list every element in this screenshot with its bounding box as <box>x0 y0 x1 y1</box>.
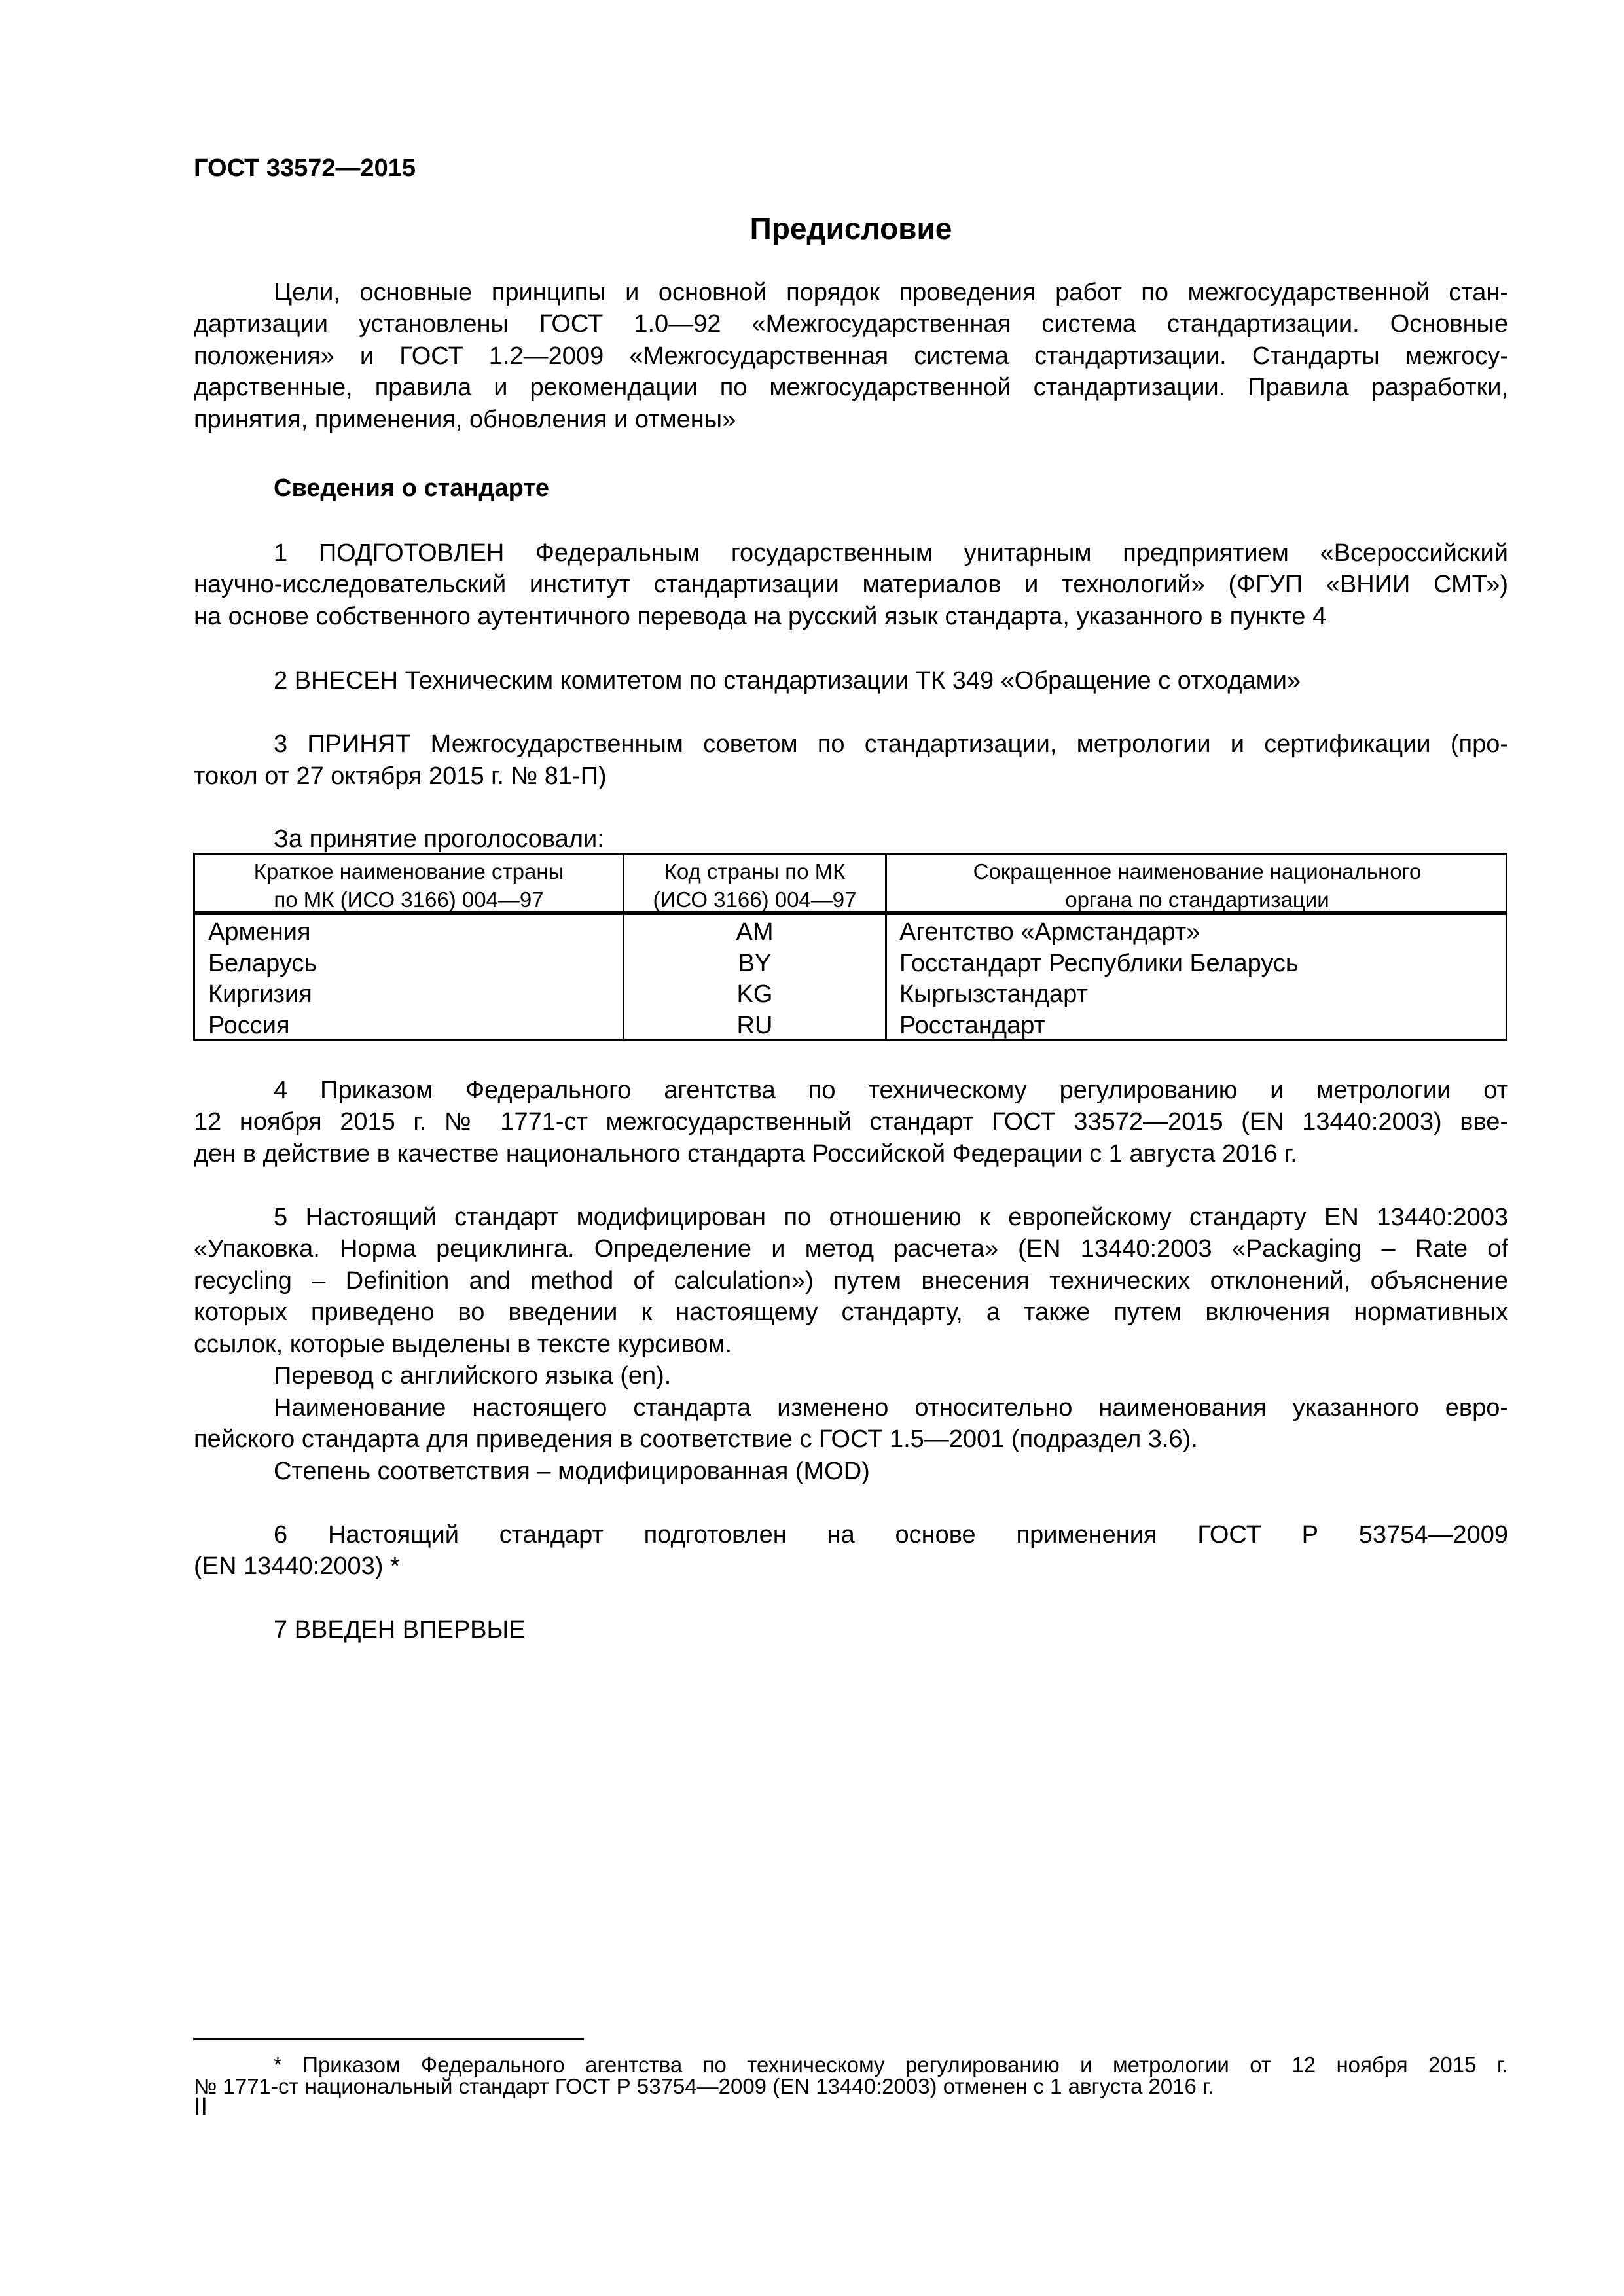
text-line: дарственные, правила и рекомендации по м… <box>194 372 1508 404</box>
table-header-body: Сокращенное наименование национальногоор… <box>887 857 1507 914</box>
text-line: 4 Приказом Федерального агентства по тех… <box>274 1075 1508 1107</box>
footnote-line: № 1771-ст национальный стандарт ГОСТ Р 5… <box>194 2072 1508 2100</box>
item-2: 2 ВНЕСЕН Техническим комитетом по станда… <box>274 665 1588 697</box>
text-line: которых приведено во введении к настояще… <box>194 1297 1508 1329</box>
text-line: Цели, основные принципы и основной поряд… <box>274 277 1508 309</box>
translation-note: Перевод с английского языка (en). <box>274 1360 1588 1392</box>
text-line: пейского стандарта для приведения в соот… <box>194 1424 1508 1456</box>
text-line: 6 Настоящий стандарт подготовлен на осно… <box>274 1519 1508 1551</box>
table-header-code: Код страны по МК(ИСО 3166) 004—97 <box>624 857 885 914</box>
text-line: 3 ПРИНЯТ Межгосударственным советом по с… <box>274 728 1508 761</box>
table-cell: Киргизия <box>208 979 317 1011</box>
footnote-rule <box>193 2038 584 2040</box>
table-cell: Росстандарт <box>899 1011 1299 1042</box>
text-line: принятия, применения, обновления и отмен… <box>194 404 1508 436</box>
table-cell: KG <box>624 979 885 1011</box>
item-7: 7 ВВЕДЕН ВПЕРВЫЕ <box>274 1614 1588 1646</box>
document-code: ГОСТ 33572—2015 <box>194 154 416 183</box>
table-cell: Россия <box>208 1011 317 1042</box>
text-line: recycling – Definition and method of cal… <box>194 1265 1508 1297</box>
table-column-body: Агентство «Армстандарт» Госстандарт Респ… <box>899 917 1299 1041</box>
text-line: токол от 27 октября 2015 г. № 81-П) <box>194 761 1508 793</box>
text-line: (EN 13440:2003) * <box>194 1551 1508 1583</box>
text-line: ссылок, которые выделены в тексте курсив… <box>194 1329 1508 1361</box>
vote-label: За принятие проголосовали: <box>274 823 1588 855</box>
table-header-country: Краткое наименование страныпо МК (ИСО 31… <box>195 857 623 914</box>
table-cell: RU <box>624 1011 885 1042</box>
table-cell: Кыргызстандарт <box>899 979 1299 1011</box>
table-cell: Беларусь <box>208 948 317 980</box>
voting-table: Краткое наименование страныпо МК (ИСО 31… <box>193 853 1507 1041</box>
page-title: Предисловие <box>0 211 1624 246</box>
text-line: 1 ПОДГОТОВЛЕН Федеральным государственны… <box>274 537 1508 569</box>
text-line: 5 Настоящий стандарт модифицирован по от… <box>274 1202 1508 1234</box>
table-column-code: AM BY KG RU <box>624 917 885 1041</box>
section-heading: Сведения о стандарте <box>274 473 1588 505</box>
text-line: Наименование настоящего стандарта измене… <box>274 1392 1508 1424</box>
table-column-country: Армения Беларусь Киргизия Россия <box>208 917 317 1041</box>
table-cell: Армения <box>208 917 317 948</box>
table-cell: AM <box>624 917 885 948</box>
text-line: ден в действие в качестве национального … <box>194 1138 1508 1170</box>
table-cell: Госстандарт Республики Беларусь <box>899 948 1299 980</box>
text-line: научно-исследовательский институт станда… <box>194 569 1508 601</box>
degree-of-correspondence: Степень соответствия – модифицированная … <box>274 1456 1588 1488</box>
page-number: II <box>194 2093 208 2121</box>
text-line: положения» и ГОСТ 1.2—2009 «Межгосударст… <box>194 340 1508 372</box>
text-line: «Упаковка. Норма рециклинга. Определение… <box>194 1233 1508 1265</box>
text-line: на основе собственного аутентичного пере… <box>194 601 1508 633</box>
text-line: дартизации установлены ГОСТ 1.0—92 «Межг… <box>194 308 1508 340</box>
text-line: 12 ноября 2015 г. № 1771-ст межгосударст… <box>194 1106 1508 1138</box>
table-cell: Агентство «Армстандарт» <box>899 917 1299 948</box>
table-cell: BY <box>624 948 885 980</box>
